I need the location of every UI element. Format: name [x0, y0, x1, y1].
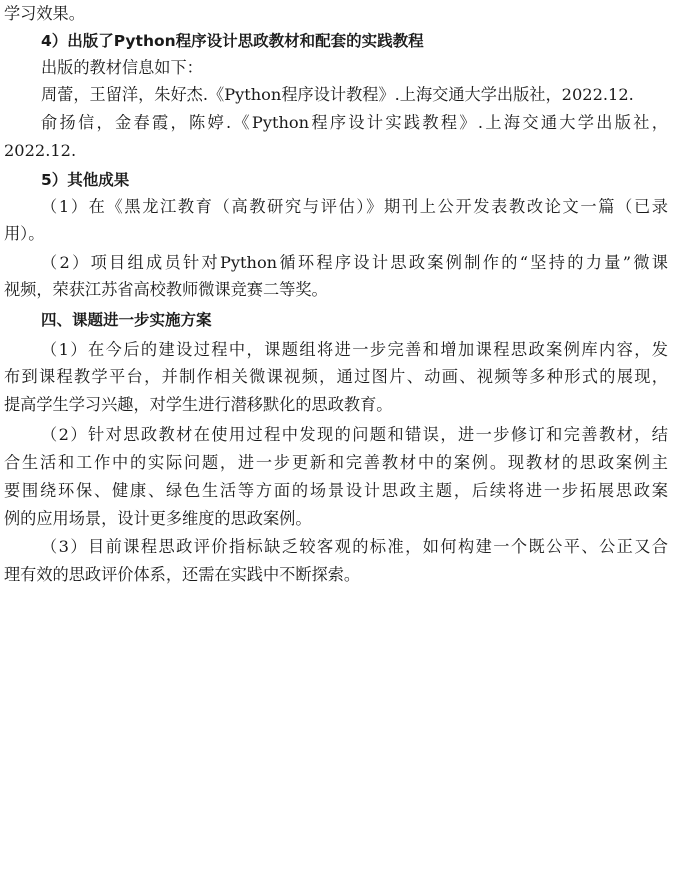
paragraph-line: 提高学生学习兴趣，对学生进行潜移默化的思政教育。	[4, 391, 393, 419]
paragraph-line: 用）。	[4, 220, 44, 248]
paragraph-line: 布到课程教学平台，并制作相关微课视频，通过图片、动画、视频等多种形式的展现，	[4, 363, 668, 391]
paragraph-line: （3）目前课程思政评价指标缺乏较客观的标准，如何构建一个既公平、公正又合	[41, 533, 668, 561]
paragraph-line: （2）项目组成员针对Python循环程序设计思政案例制作的“坚持的力量”微课	[41, 249, 668, 277]
paragraph-line: 理有效的思政评价体系，还需在实践中不断探索。	[4, 561, 360, 589]
paragraph-line: 合生活和工作中的实际问题，进一步更新和完善教材中的案例。现教材的思政案例主	[4, 449, 668, 477]
citation-line: 2022.12.	[4, 137, 76, 165]
paragraph-line: 学习效果。	[4, 0, 85, 28]
paragraph-line: （2）针对思政教材在使用过程中发现的问题和错误，进一步修订和完善教材，结	[41, 421, 668, 449]
citation-line: 周蕾，王留洋，朱好杰.《Python程序设计教程》.上海交通大学出版社，2022…	[41, 81, 634, 109]
section-heading-four: 四、课题进一步实施方案	[41, 306, 212, 334]
section-heading-4: 4）出版了Python程序设计思政教材和配套的实践教程	[41, 27, 424, 55]
paragraph-line: 出版的教材信息如下：	[41, 54, 203, 82]
section-heading-5: 5）其他成果	[41, 166, 129, 194]
paragraph-line: 例的应用场景，设计更多维度的思政案例。	[4, 505, 312, 533]
paragraph-line: （1）在《黑龙江教育（高教研究与评估）》期刊上公开发表教改论文一篇（已录	[41, 193, 668, 221]
paragraph-line: 要围绕环保、健康、绿色生活等方面的场景设计思政主题，后续将进一步拓展思政案	[4, 477, 668, 505]
citation-line: 俞扬信，金春霞，陈婷.《Python程序设计实践教程》.上海交通大学出版社，	[41, 109, 668, 137]
paragraph-line: 视频，荣获江苏省高校教师微课竞赛二等奖。	[4, 276, 328, 304]
paragraph-line: （1）在今后的建设过程中，课题组将进一步完善和增加课程思政案例库内容，发	[41, 336, 668, 364]
